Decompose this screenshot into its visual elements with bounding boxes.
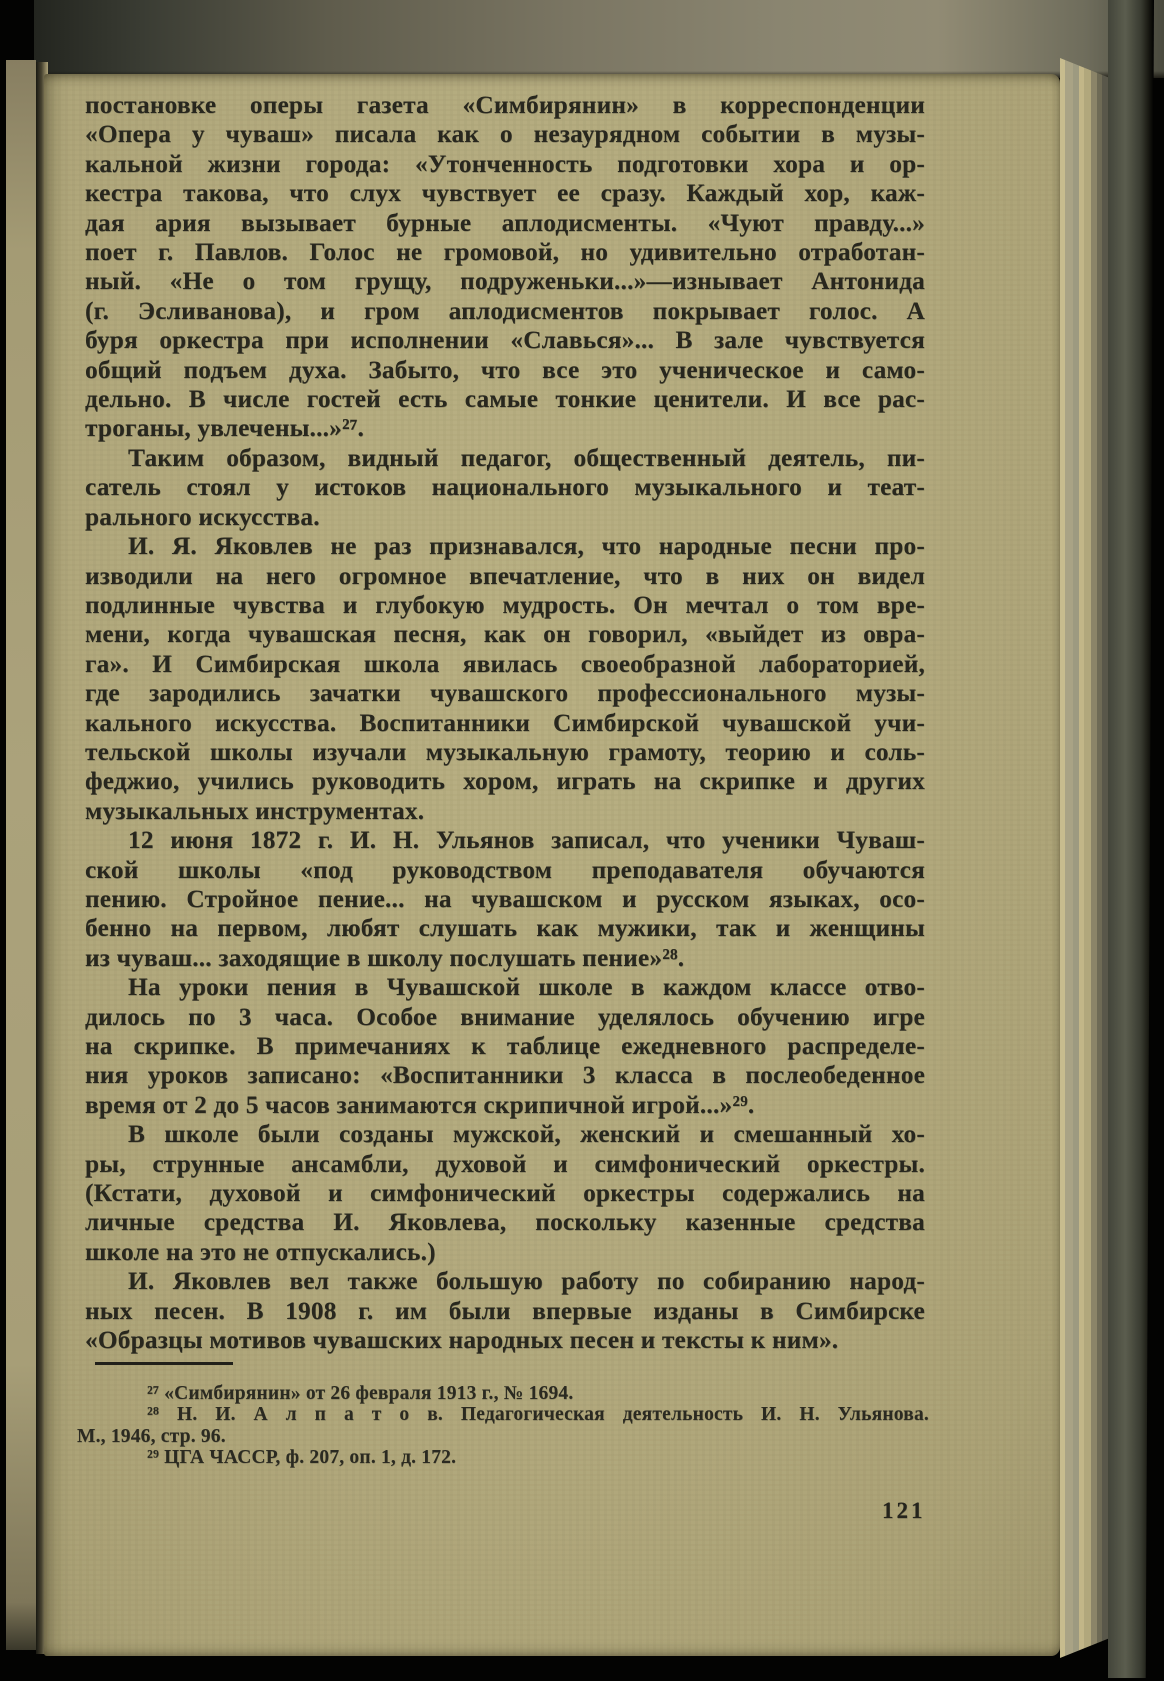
text-line: кального искусства. Воспитанники Симбирс… [85, 709, 925, 738]
text-line: бенно на первом, любят слушать как мужик… [85, 914, 925, 943]
text-line: феджио, учились руководить хором, играть… [85, 767, 925, 796]
text-line: На уроки пения в Чувашской школе в каждо… [85, 973, 925, 1002]
text-line: (г. Эсливанова), и гром аплодисментов по… [85, 297, 925, 326]
text-line: буря оркестра при исполнении «Славься»..… [85, 326, 925, 355]
text-line: (Кстати, духовой и симфонический оркестр… [85, 1179, 925, 1208]
footnote-separator [95, 1362, 233, 1365]
text-line: изводили на него огромное впечатление, ч… [85, 562, 925, 591]
footnote-line: ²⁸ Н. И. А л п а т о в. Педагогическая д… [77, 1404, 929, 1425]
footnote-entry: ²⁹ ЦГА ЧАССР, ф. 207, оп. 1, д. 172. [77, 1447, 929, 1468]
text-line: мени, когда чувашская песня, как он гово… [85, 620, 925, 649]
text-line: школе на это не отпускались.) [85, 1238, 925, 1267]
footnote-line: ²⁷ «Симбирянин» от 26 февраля 1913 г., №… [77, 1383, 929, 1404]
book-cover-edge-top [34, 0, 1164, 78]
text-line: дельно. В числе гостей есть самые тонкие… [85, 385, 925, 414]
text-line: музыкальных инструментах. [85, 797, 925, 826]
text-line: пению. Стройное пение... на чувашском и … [85, 885, 925, 914]
paragraph: 12 июня 1872 г. И. Н. Ульянов записал, ч… [85, 826, 925, 973]
footnote-entry: ²⁸ Н. И. А л п а т о в. Педагогическая д… [77, 1404, 929, 1447]
book-page: постановке оперы газета «Симбирянин» в к… [44, 74, 1060, 1656]
text-line: га». И Симбирская школа явилась своеобра… [85, 650, 925, 679]
text-line: рального искусства. [85, 503, 925, 532]
text-line: дая ария вызывает бурные аплодисменты. «… [85, 209, 925, 238]
paragraph: И. Я. Яковлев не раз признавался, что на… [85, 532, 925, 826]
text-line: кестра такова, что слух чувствует ее сра… [85, 179, 925, 208]
paragraph: В школе были созданы мужской, женский и … [85, 1120, 925, 1267]
adjacent-page-edge-left [6, 60, 36, 1650]
paragraph: Таким образом, видный педагог, обществен… [85, 444, 925, 532]
paragraph: И. Яковлев вел также большую работу по с… [85, 1267, 925, 1355]
scanned-book-photo: { "document": { "language": "ru", "page_… [0, 0, 1164, 1681]
body-text: постановке оперы газета «Симбирянин» в к… [85, 91, 925, 1355]
text-line: время от 2 до 5 часов занимаются скрипич… [85, 1091, 925, 1120]
text-line: «Опера у чуваш» писала как о незаурядном… [85, 120, 925, 149]
paragraph: На уроки пения в Чувашской школе в каждо… [85, 973, 925, 1120]
text-line: личные средства И. Яковлева, поскольку к… [85, 1208, 925, 1237]
text-line: где зародились зачатки чувашского профес… [85, 679, 925, 708]
footnote-entry: ²⁷ «Симбирянин» от 26 февраля 1913 г., №… [77, 1383, 929, 1404]
text-line: ния уроков записано: «Воспитанники 3 кла… [85, 1061, 925, 1090]
text-line: из чуваш... заходящие в школу послушать … [85, 944, 925, 973]
text-line: ской школы «под руководством преподавате… [85, 856, 925, 885]
page-number: 121 [882, 1498, 926, 1524]
text-line: сатель стоял у истоков национального муз… [85, 473, 925, 502]
text-line: ный. «Не о том грущу, подруженьки...»—из… [85, 267, 925, 296]
text-line: троганы, увлечены...»²⁷. [85, 414, 925, 443]
text-line: подлинные чувства и глубокую мудрость. О… [85, 591, 925, 620]
text-line: Таким образом, видный педагог, обществен… [85, 444, 925, 473]
paragraph: постановке оперы газета «Симбирянин» в к… [85, 91, 925, 444]
footnotes: ²⁷ «Симбирянин» от 26 февраля 1913 г., №… [77, 1383, 929, 1469]
text-line: дилось по 3 часа. Особое внимание уделял… [85, 1003, 925, 1032]
text-line: на скрипке. В примечаниях к таблице ежед… [85, 1032, 925, 1061]
text-line: ры, струнные ансамбли, духовой и симфони… [85, 1150, 925, 1179]
text-line: поет г. Павлов. Голос не громовой, но уд… [85, 238, 925, 267]
text-line: кальной жизни города: «Утонченность подг… [85, 150, 925, 179]
text-line: 12 июня 1872 г. И. Н. Ульянов записал, ч… [85, 826, 925, 855]
page-edge-stack-right [1060, 58, 1108, 1658]
text-line: общий подъем духа. Забыто, что все это у… [85, 356, 925, 385]
footnote-line: ²⁹ ЦГА ЧАССР, ф. 207, оп. 1, д. 172. [77, 1447, 929, 1468]
text-line: тельской школы изучали музыкальную грамо… [85, 738, 925, 767]
text-line: И. Я. Яковлев не раз признавался, что на… [85, 532, 925, 561]
footnote-line: М., 1946, стр. 96. [77, 1426, 929, 1447]
book-cover-edge-right [1108, 0, 1154, 1678]
text-line: В школе были созданы мужской, женский и … [85, 1120, 925, 1149]
text-line: ных песен. В 1908 г. им были впервые изд… [85, 1297, 925, 1326]
text-line: И. Яковлев вел также большую работу по с… [85, 1267, 925, 1296]
text-line: постановке оперы газета «Симбирянин» в к… [85, 91, 925, 120]
text-line: «Образцы мотивов чувашских народных песе… [85, 1326, 925, 1355]
